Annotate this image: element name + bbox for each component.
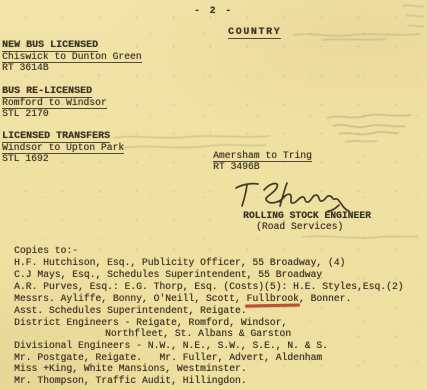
fleet-number: RT 3614B — [2, 62, 49, 73]
copies-line: A.R. Purves, Esq.: E.G. Thorp, Esq. (Cos… — [14, 281, 404, 292]
copies-line-continuation: Northfleet, St. Albans & Garston — [105, 328, 291, 339]
signatory-subtitle: (Road Services) — [256, 221, 343, 232]
copies-line: Mr. Thompson, Traffic Audit, Hillingdon. — [14, 375, 247, 386]
fleet-number: RT 3496B — [213, 161, 260, 172]
red-underlined-name: Fullbrook — [247, 293, 299, 304]
copies-line: Mr. Postgate, Reigate. Mr. Fuller, Adver… — [14, 352, 322, 363]
copies-line: Asst. Schedules Superintendent, Reigate. — [14, 305, 247, 316]
section-heading-new-bus-licensed: NEW BUS LICENSED — [2, 40, 98, 51]
section-heading-bus-re-licensed: BUS RE-LICENSED — [2, 86, 92, 97]
route-name: Romford to Windsor — [2, 97, 107, 108]
copies-line: Divisional Engineers - N.W., N.E., S.W.,… — [14, 340, 328, 351]
pencil-scribble — [292, 26, 422, 44]
copies-label: Copies to:- — [14, 245, 78, 256]
copies-line: Miss +King, White Mansions, Westminster. — [14, 363, 247, 374]
section-heading-licensed-transfers: LICENSED TRANSFERS — [2, 131, 110, 142]
copies-line: District Engineers - Reigate, Romford, W… — [14, 317, 287, 328]
fleet-number: STL 2170 — [2, 108, 49, 119]
handwritten-signature — [231, 178, 353, 214]
scanned-document-page: - 2 - COUNTRY NEW BUS LICENSED Chiswick … — [0, 0, 427, 390]
copies-line: C.J Mays, Esq., Schedules Superintendent… — [14, 269, 322, 280]
route-name: Windsor to Upton Park — [2, 142, 124, 153]
pencil-scribble — [300, 230, 420, 244]
region-heading: COUNTRY — [228, 27, 281, 38]
pencil-scribble — [325, 100, 415, 148]
page-number: - 2 - — [0, 5, 427, 16]
copies-line-messrs: Messrs. Ayliffe, Bonny, O'Neill, Scott, … — [14, 293, 351, 304]
route-name: Amersham to Tring — [213, 150, 312, 161]
copies-line: H.F. Hutchison, Esq., Publicity Officer,… — [14, 257, 345, 268]
route-name: Chiswick to Dunton Green — [2, 51, 142, 62]
signatory-title: ROLLING STOCK ENGINEER — [243, 210, 371, 221]
fleet-number: STL 1692 — [2, 153, 49, 164]
